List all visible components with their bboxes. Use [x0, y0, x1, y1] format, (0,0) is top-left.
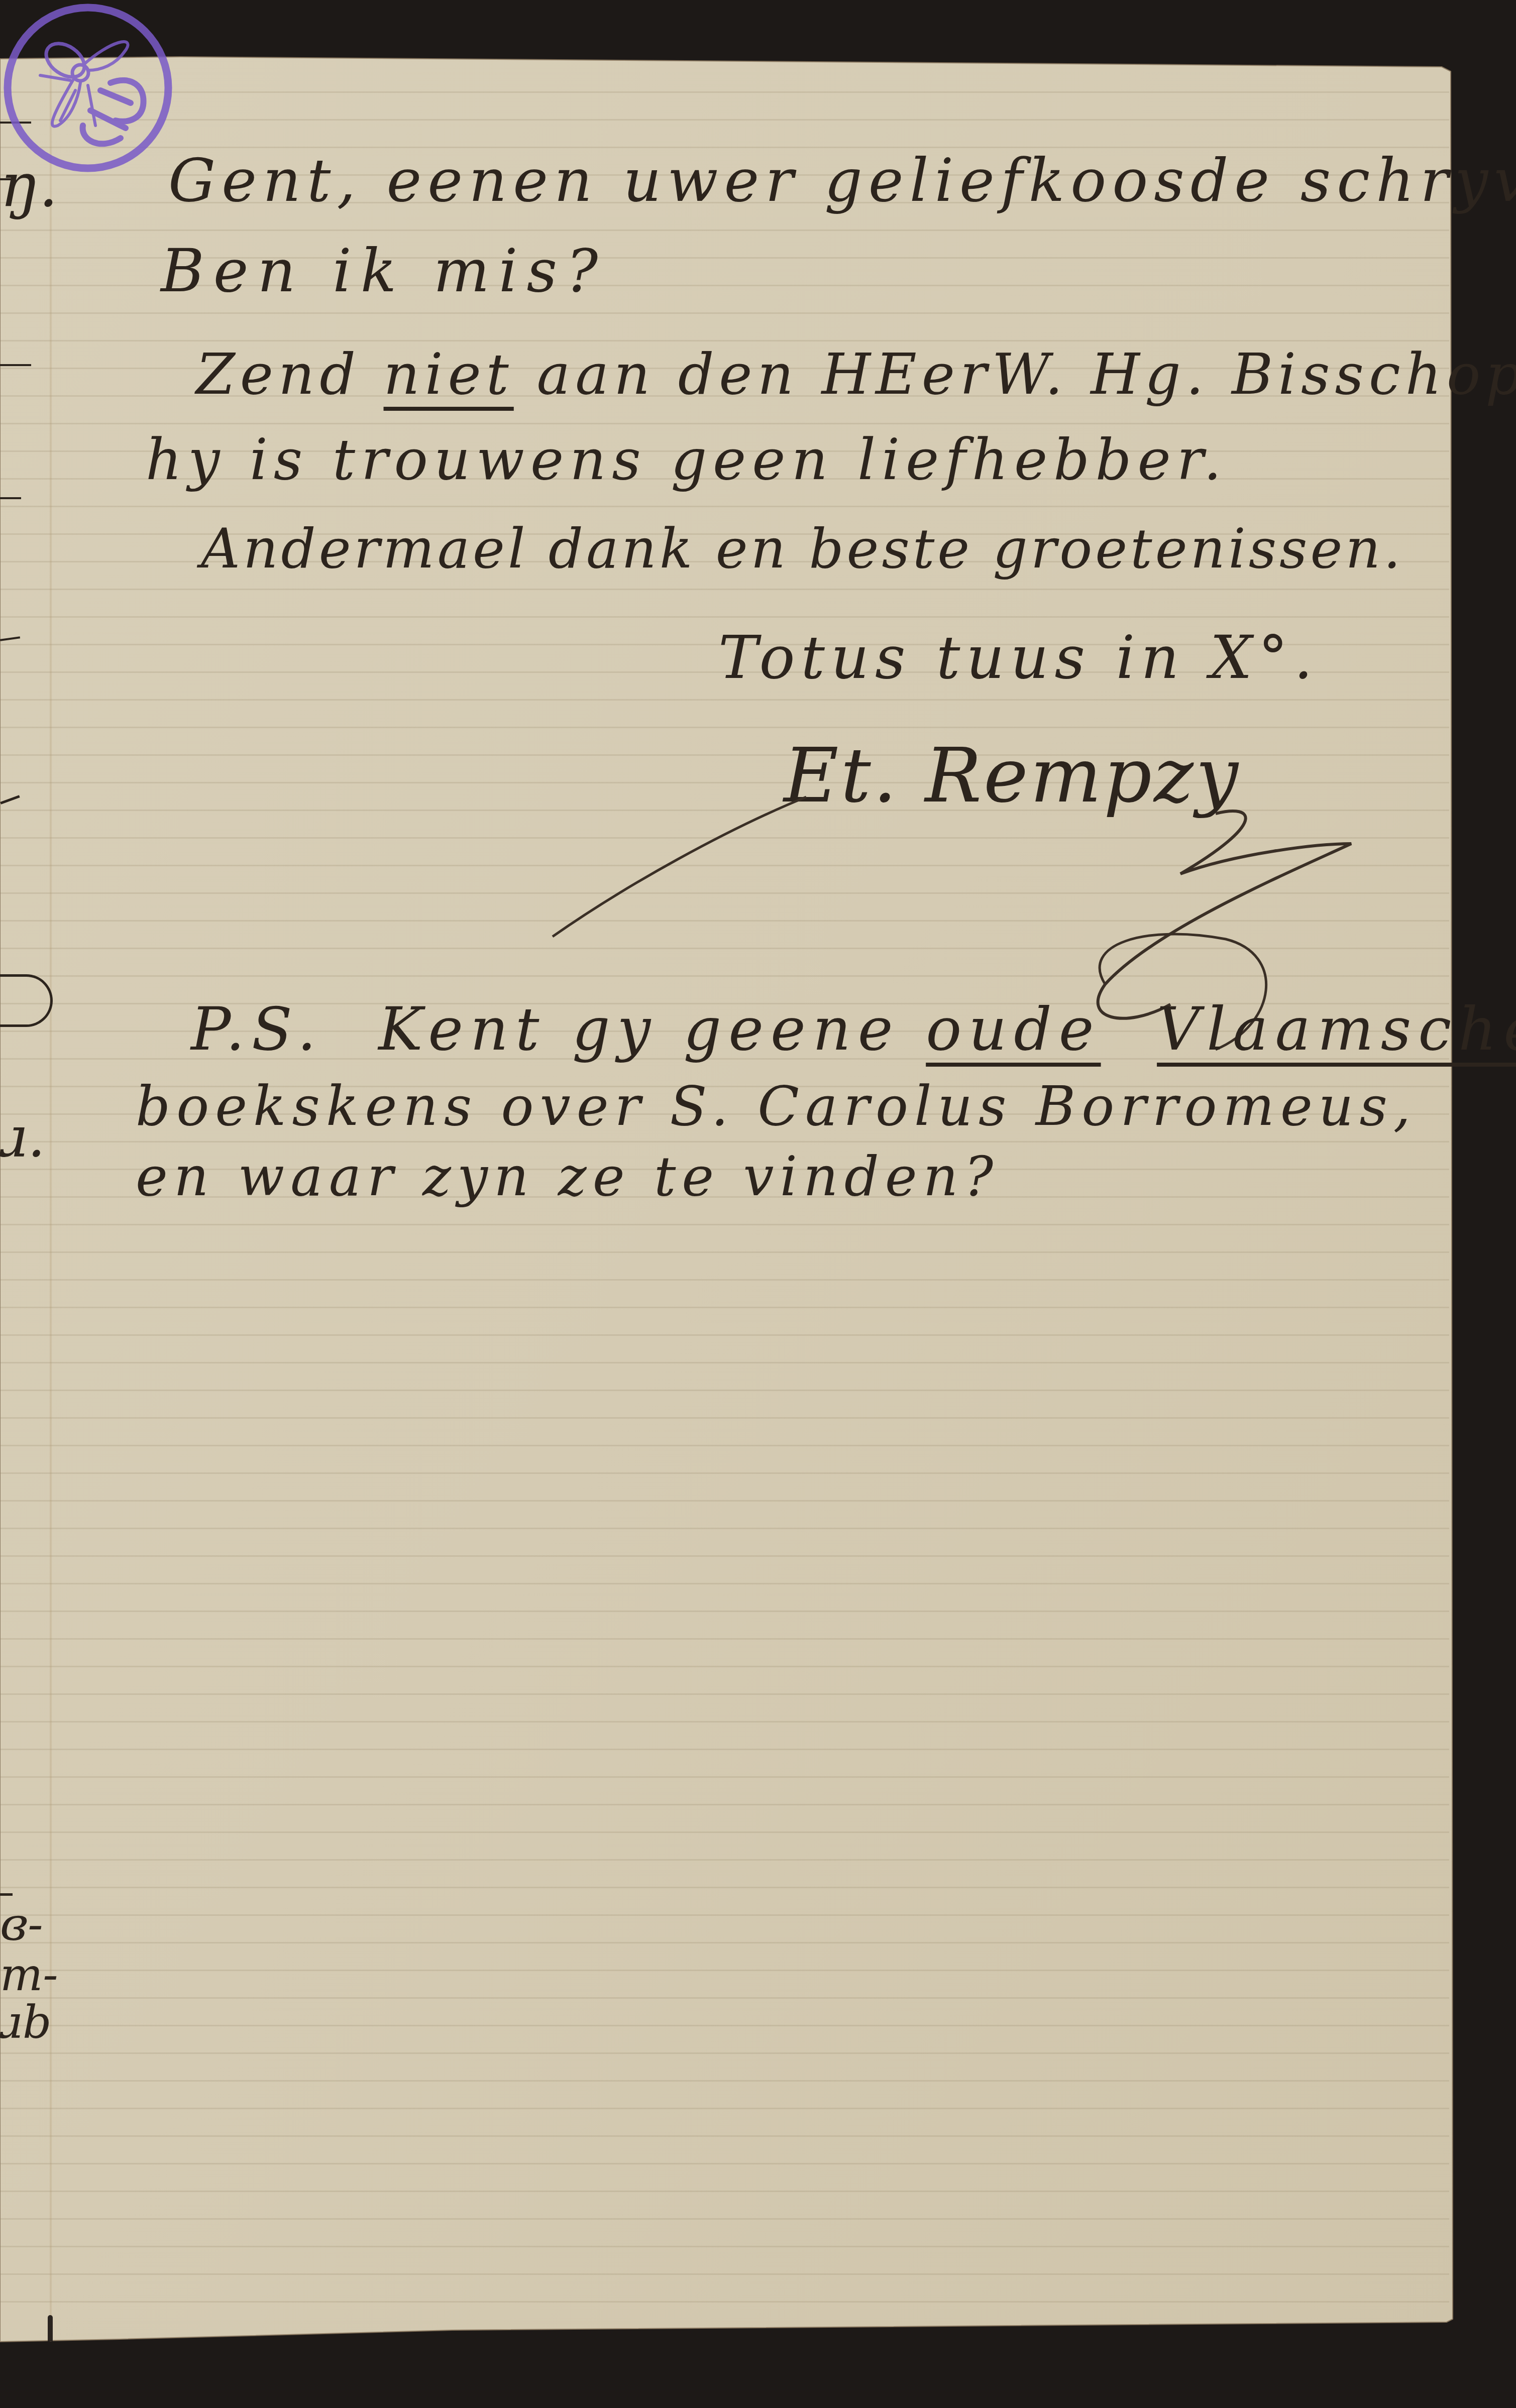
ps-line-1-pre: Kent gy geene	[378, 994, 926, 1064]
postscript-line-3: en waar zyn ze te vinden?	[136, 1150, 999, 1204]
postscript-line-2: boekskens over S. Carolus Borromeus,	[136, 1080, 1417, 1134]
ps-line-1-space	[1101, 994, 1127, 1064]
bee-stamp-icon	[0, 0, 176, 176]
letter-page: ŋ. ɹ. ɞ- m- ɹb Gent, eenen uwer geliefko…	[0, 0, 1516, 2408]
postscript-line-1: P.S.Kent gy geene oude Vlaamsche	[191, 999, 1516, 1059]
underlined-word-vlaamsche: Vlaamsche	[1157, 994, 1516, 1064]
ps-label: P.S.	[191, 994, 323, 1064]
underlined-word-oude: oude	[926, 994, 1101, 1064]
